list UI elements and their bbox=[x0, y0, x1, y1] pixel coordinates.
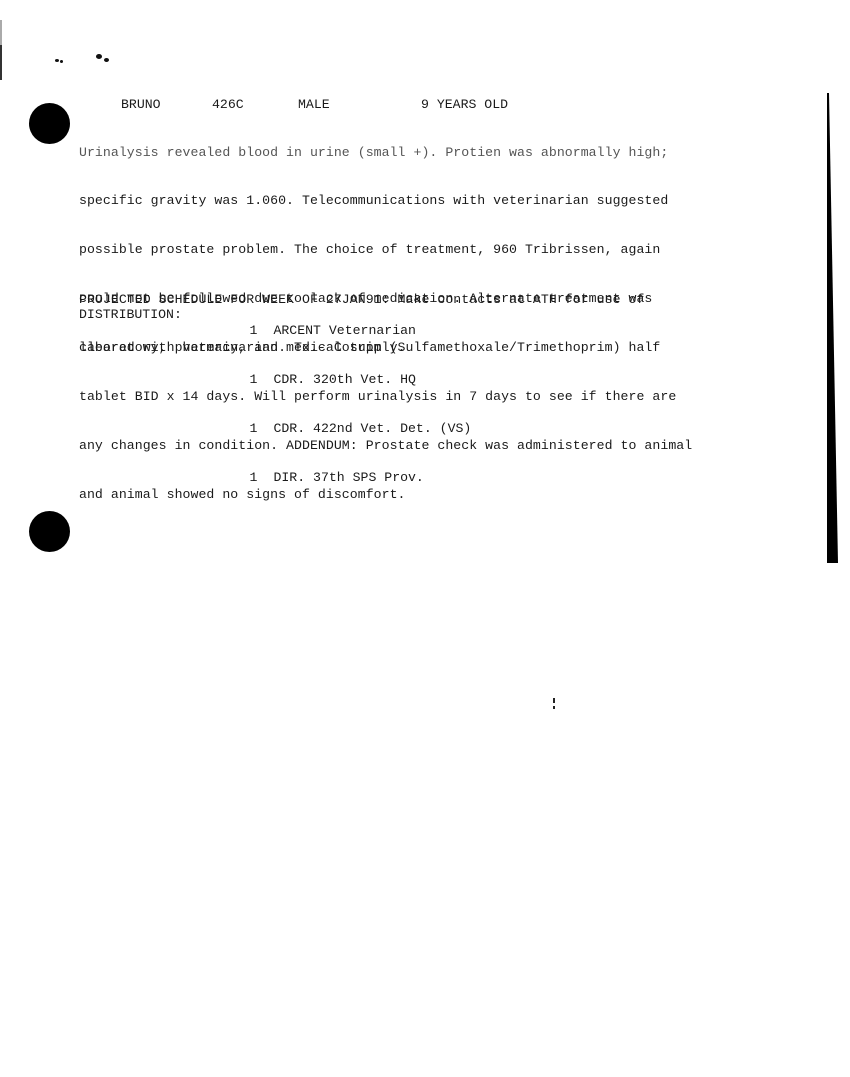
paragraph-line: specific gravity was 1.060. Telecommunic… bbox=[79, 193, 692, 209]
distribution-recipient: CDR. 320th Vet. HQ bbox=[273, 372, 415, 387]
punch-hole-bottom bbox=[29, 511, 70, 552]
distribution-item: 1CDR. 422nd Vet. Det. (VS) bbox=[202, 405, 471, 454]
paragraph-line: Urinalysis revealed blood in urine (smal… bbox=[79, 145, 692, 161]
distribution-recipient: DIR. 37th SPS Prov. bbox=[273, 470, 423, 485]
animal-name: BRUNO bbox=[121, 97, 161, 112]
paragraph-line: possible prostate problem. The choice of… bbox=[79, 242, 692, 258]
distribution-count: 1 bbox=[249, 421, 273, 437]
animal-age: 9 YEARS OLD bbox=[421, 97, 508, 112]
distribution-item: 1ARCENT Veternarian bbox=[202, 307, 471, 356]
distribution-list: 1ARCENT Veternarian 1CDR. 320th Vet. HQ … bbox=[202, 307, 471, 503]
distribution-recipient: ARCENT Veternarian bbox=[273, 323, 415, 338]
page-edge-gray bbox=[0, 20, 2, 45]
distribution-item: 1DIR. 37th SPS Prov. bbox=[202, 454, 471, 503]
distribution-count: 1 bbox=[249, 372, 273, 388]
scan-speck bbox=[60, 60, 63, 63]
scan-speck bbox=[96, 54, 102, 59]
page-edge-bar bbox=[827, 93, 839, 563]
distribution-recipient: CDR. 422nd Vet. Det. (VS) bbox=[273, 421, 471, 436]
scanned-document-page: BRUNO 426C MALE 9 YEARS OLD Urinalysis r… bbox=[0, 0, 850, 1077]
distribution-label: DISTRIBUTION: bbox=[79, 307, 182, 322]
scan-mark bbox=[553, 698, 555, 703]
animal-sex: MALE bbox=[298, 97, 330, 112]
distribution-item: 1CDR. 320th Vet. HQ bbox=[202, 356, 471, 405]
animal-id: 426C bbox=[212, 97, 244, 112]
schedule-line: PROJECTED SCHEDULE FOR WEEK OF 27JAN91: … bbox=[79, 292, 644, 308]
scan-speck bbox=[55, 59, 59, 62]
scan-mark bbox=[553, 706, 555, 709]
punch-hole-top bbox=[29, 103, 70, 144]
distribution-count: 1 bbox=[249, 323, 273, 339]
scan-speck bbox=[104, 58, 109, 62]
distribution-count: 1 bbox=[249, 470, 273, 486]
